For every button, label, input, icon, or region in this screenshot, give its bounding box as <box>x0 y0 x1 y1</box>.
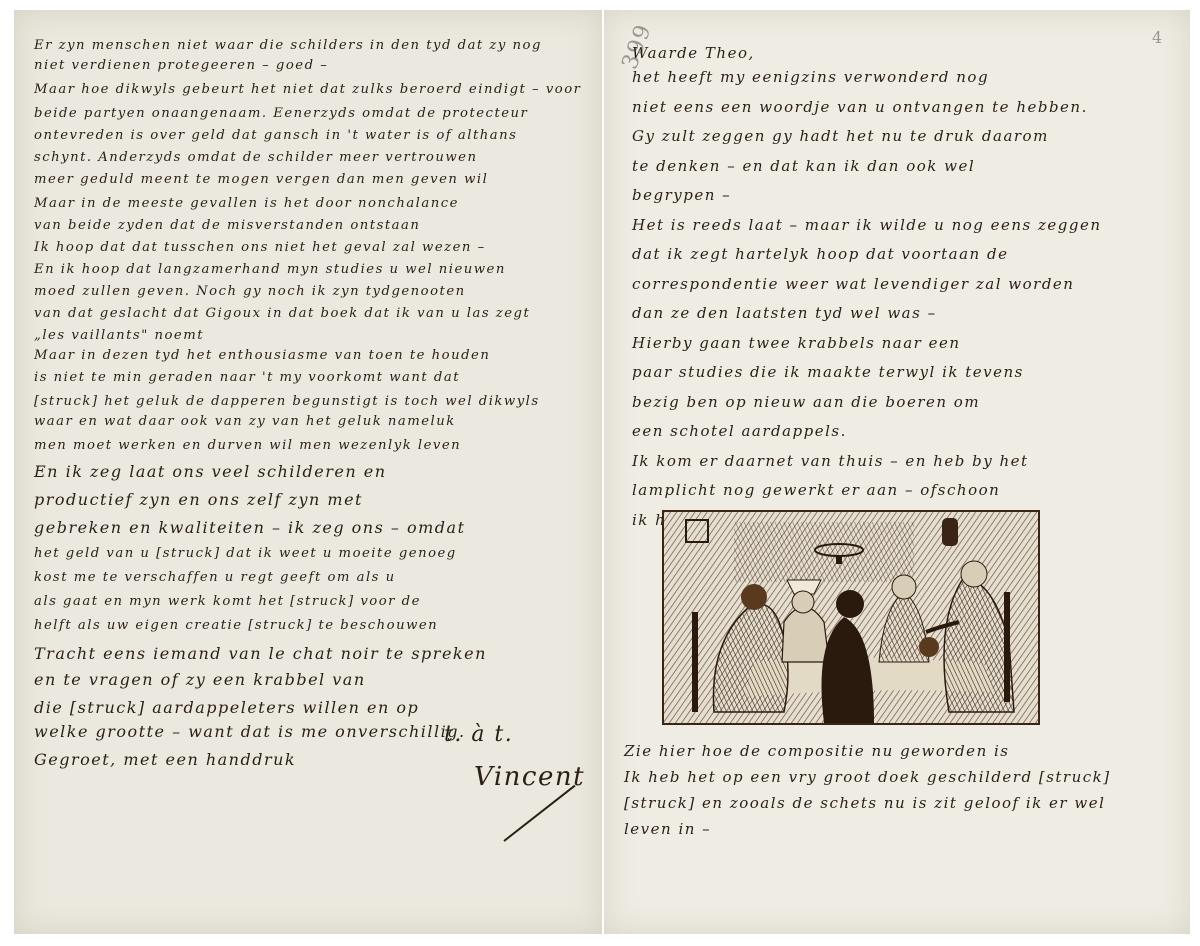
handwritten-line: Het is reeds laat – maar ik wilde u nog … <box>632 216 1102 234</box>
handwritten-line: welke grootte – want dat is me onverschi… <box>34 722 466 741</box>
handwritten-line: moed zullen geven. Noch gy noch ik zyn t… <box>34 284 466 299</box>
handwritten-line: meer geduld meent te mogen vergen dan me… <box>34 172 488 187</box>
handwritten-line: [struck] het geluk de dapperen begunstig… <box>34 394 540 409</box>
handwritten-line: men moet werken en durven wil men wezenl… <box>34 438 461 453</box>
handwritten-line: Maar in dezen tyd het enthousiasme van t… <box>34 348 490 363</box>
handwritten-line: Maar in de meeste gevallen is het door n… <box>34 196 459 211</box>
handwritten-line: begrypen – <box>632 186 731 204</box>
handwritten-line: dan ze den laatsten tyd wel was – <box>632 304 937 322</box>
handwritten-line: Hierby gaan twee krabbels naar een <box>632 334 961 352</box>
handwritten-line: Gegroet, met een handdruk <box>34 750 296 769</box>
handwritten-line: waar en wat daar ook van zy van het gelu… <box>34 414 456 429</box>
handwritten-line: leven in – <box>624 820 711 838</box>
letter-spread: Er zyn menschen niet waar die schilders … <box>0 0 1200 946</box>
handwritten-line: Ik heb het op een vry groot doek geschil… <box>624 768 1111 786</box>
left-page: Er zyn menschen niet waar die schilders … <box>14 10 602 934</box>
handwritten-line: productief zyn en ons zelf zyn met <box>34 490 363 509</box>
corner-mark: 4 <box>1152 28 1164 47</box>
handwritten-line: het heeft my eenigzins verwonderd nog <box>632 68 989 86</box>
handwritten-line: paar studies die ik maakte terwyl ik tev… <box>632 363 1024 381</box>
handwritten-line: Ik hoop dat dat tusschen ons niet het ge… <box>34 240 486 255</box>
handwritten-line: van beide zyden dat de misverstanden ont… <box>34 218 420 233</box>
handwritten-line: correspondentie weer wat levendiger zal … <box>632 275 1074 293</box>
handwritten-line: die [struck] aardappeleters willen en op <box>34 698 419 717</box>
sketch-drawing <box>664 512 1038 723</box>
handwritten-line: gebreken en kwaliteiten – ik zeg ons – o… <box>34 518 466 537</box>
handwritten-line: Zie hier hoe de compositie nu geworden i… <box>624 742 1010 760</box>
handwritten-line: het geld van u [struck] dat ik weet u mo… <box>34 546 457 561</box>
handwritten-line: een schotel aardappels. <box>632 422 847 440</box>
handwritten-line: dat ik zegt hartelyk hoop dat voortaan d… <box>632 245 1008 263</box>
handwritten-line: beide partyen onaangenaam. Eenerzyds omd… <box>34 106 528 121</box>
closing: t. à t. <box>444 722 513 747</box>
handwritten-line: Gy zult zeggen gy hadt het nu te druk da… <box>632 127 1049 145</box>
handwritten-line: Maar hoe dikwyls gebeurt het niet dat zu… <box>34 82 581 97</box>
handwritten-line: En ik zeg laat ons veel schilderen en <box>34 462 387 481</box>
handwritten-line: en te vragen of zy een krabbel van <box>34 670 366 689</box>
handwritten-line: En ik hoop dat langzamerhand myn studies… <box>34 262 506 277</box>
handwritten-line: niet verdienen protegeeren – goed – <box>34 58 328 73</box>
handwritten-line: schynt. Anderzyds omdat de schilder meer… <box>34 150 477 165</box>
handwritten-line: „les vaillants" noemt <box>34 328 204 343</box>
handwritten-line: lamplicht nog gewerkt er aan – ofschoon <box>632 481 1000 499</box>
salutation: Waarde Theo, <box>632 44 755 62</box>
handwritten-line: als gaat en myn werk komt het [struck] v… <box>34 594 421 609</box>
handwritten-line: helft als uw eigen creatie [struck] te b… <box>34 618 438 633</box>
handwritten-line: ontevreden is over geld dat gansch in 't… <box>34 128 517 143</box>
handwritten-line: Er zyn menschen niet waar die schilders … <box>34 38 542 53</box>
handwritten-line: [struck] en zooals de schets nu is zit g… <box>624 794 1105 812</box>
handwritten-line: bezig ben op nieuw aan die boeren om <box>632 393 980 411</box>
signature: Vincent <box>474 762 585 792</box>
handwritten-line: te denken – en dat kan ik dan ook wel <box>632 157 975 175</box>
potato-eaters-sketch <box>662 510 1040 725</box>
right-page: 399 4 Waarde Theo, het heeft my eenigzin… <box>604 10 1190 934</box>
handwritten-line: Ik kom er daarnet van thuis – en heb by … <box>632 452 1029 470</box>
handwritten-line: is niet te min geraden naar 't my voorko… <box>34 370 460 385</box>
signature-flourish <box>503 785 575 842</box>
handwritten-line: van dat geslacht dat Gigoux in dat boek … <box>34 306 530 321</box>
handwritten-line: kost me te verschaffen u regt geeft om a… <box>34 570 396 585</box>
handwritten-line: Tracht eens iemand van le chat noir te s… <box>34 644 487 663</box>
handwritten-line: niet eens een woordje van u ontvangen te… <box>632 98 1088 116</box>
